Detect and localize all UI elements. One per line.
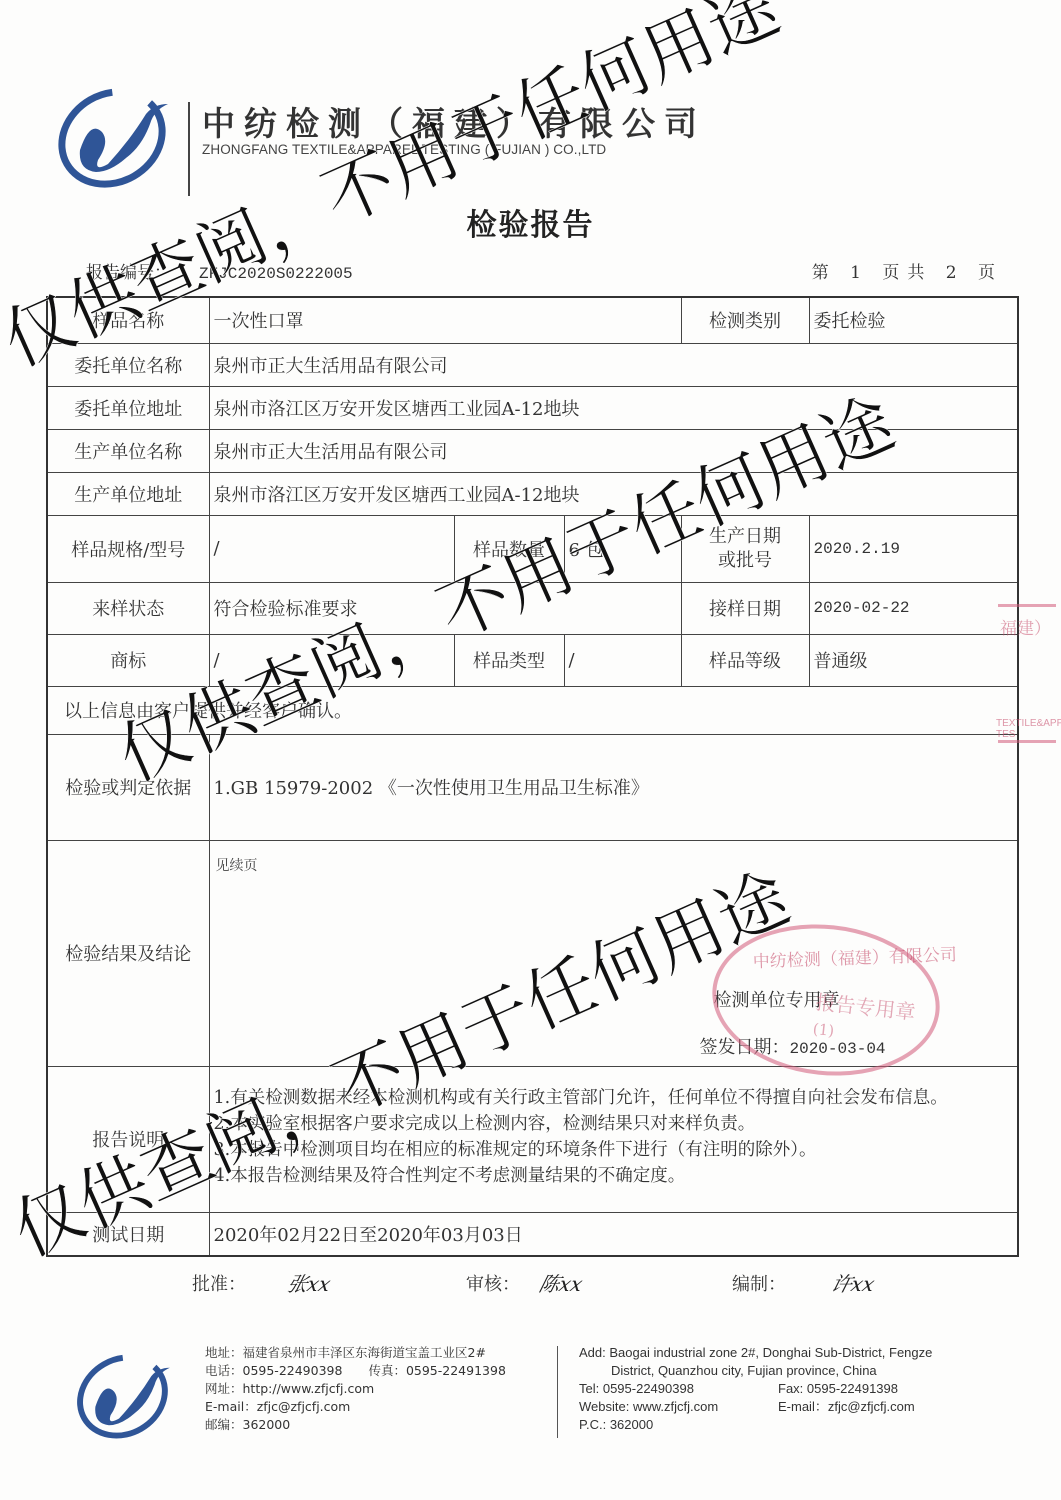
grade-value: 普通级	[809, 634, 1018, 686]
brand-value: /	[209, 634, 454, 686]
test-type-value: 委托检验	[809, 297, 1018, 343]
document-title: 检验报告	[0, 200, 1061, 244]
row-brand: 商标 / 样品类型 / 样品等级 普通级	[47, 634, 1018, 686]
issue-date: 签发日期：2020-03-04	[700, 1033, 886, 1059]
footer-fax-en: Fax: 0595-22491398	[778, 1380, 898, 1398]
brand-label: 商标	[47, 634, 209, 686]
basis-value: 1.GB 15979-2002 《一次性使用卫生用品卫生标准》	[209, 734, 1018, 840]
test-period-label: 测试日期	[47, 1212, 209, 1256]
review-label: 审核：	[466, 1270, 520, 1296]
arrival-state-value: 符合检验标准要求	[209, 582, 681, 634]
production-date-label: 生产日期 或批号	[681, 515, 809, 582]
results-cell: 见续页 检测单位专用章 签发日期：2020-03-04	[209, 840, 1018, 1066]
producer-address-value: 泉州市洛江区万安开发区塘西工业园A-12地块	[209, 472, 1018, 515]
footer-address-en-2: District, Quanzhou city, Fujian province…	[579, 1362, 932, 1380]
company-logo-icon	[50, 80, 180, 190]
row-arrival-state: 来样状态 符合检验标准要求 接样日期 2020-02-22	[47, 582, 1018, 634]
row-producer-name: 生产单位名称 泉州市正大生活用品有限公司	[47, 429, 1018, 472]
letterhead: 中纺检测（福建）有限公司 ZHONGFANG TEXTILE&APPAREL T…	[50, 80, 750, 190]
client-address-value: 泉州市洛江区万安开发区塘西工业园A-12地块	[209, 386, 1018, 429]
client-name-label: 委托单位名称	[47, 343, 209, 386]
results-label: 检验结果及结论	[47, 840, 209, 1066]
approve-signature: 张xx	[284, 1268, 334, 1297]
production-date-label-line1: 生产日期	[684, 525, 807, 549]
compile-signature: 许xx	[828, 1268, 878, 1297]
footer-address-cn: 地址：福建省泉州市丰泽区东海街道宝盖工业区2#	[205, 1344, 506, 1362]
note-item: 1.有关检测数据未经本检测机构或有关行政主管部门允许，任何单位不得擅自向社会发布…	[214, 1085, 1014, 1111]
footer-postcode-cn: 邮编：362000	[205, 1416, 506, 1434]
row-client-address: 委托单位地址 泉州市洛江区万安开发区塘西工业园A-12地块	[47, 386, 1018, 429]
company-name-cn: 中纺检测（福建）有限公司	[202, 98, 706, 145]
report-number: 报告编号：ZFJC2020S0222005	[86, 258, 353, 283]
row-notes: 报告说明 1.有关检测数据未经本检测机构或有关行政主管部门允许，任何单位不得擅自…	[47, 1066, 1018, 1212]
note-item: 2.本实验室根据客户要求完成以上检测内容，检测结果只对来样负责。	[214, 1111, 1014, 1137]
issue-date-label: 签发日期：	[700, 1037, 790, 1058]
test-type-label: 检测类别	[681, 297, 809, 343]
client-name-value: 泉州市正大生活用品有限公司	[209, 343, 1018, 386]
notes-list: 1.有关检测数据未经本检测机构或有关行政主管部门允许，任何单位不得擅自向社会发布…	[214, 1081, 1014, 1197]
arrival-state-label: 来样状态	[47, 582, 209, 634]
seal-label: 检测单位专用章	[714, 986, 840, 1012]
footer: 地址：福建省泉州市丰泽区东海街道宝盖工业区2# 电话：0595-22490398…	[0, 1336, 1061, 1446]
compile-label: 编制：	[732, 1270, 786, 1296]
footer-contact-en: Add: Baogai industrial zone 2#, Donghai …	[579, 1344, 932, 1434]
approve-label: 批准：	[192, 1270, 246, 1296]
test-period-value: 2020年02月22日至2020年03月03日	[209, 1212, 1018, 1256]
footer-fax-cn: 传真：0595-22491398	[368, 1363, 505, 1378]
footer-email-en: E-mail：zfjc@zfjcfj.com	[778, 1398, 915, 1416]
review-signature: 陈xx	[536, 1268, 586, 1297]
row-client-note: 以上信息由客户提供并经客户确认。	[47, 686, 1018, 734]
issue-date-value: 2020-03-04	[790, 1040, 886, 1058]
receive-date-value: 2020-02-22	[809, 582, 1018, 634]
receive-date-label: 接样日期	[681, 582, 809, 634]
row-client-name: 委托单位名称 泉州市正大生活用品有限公司	[47, 343, 1018, 386]
footer-website-en: Website: www.zfjcfj.com	[579, 1399, 718, 1414]
footer-web-email-en: Website: www.zfjcfj.comE-mail：zfjc@zfjcf…	[579, 1398, 932, 1416]
producer-address-label: 生产单位地址	[47, 472, 209, 515]
client-address-label: 委托单位地址	[47, 386, 209, 429]
notes-label: 报告说明	[47, 1066, 209, 1212]
sample-name-label: 样品名称	[47, 297, 209, 343]
notes-cell: 1.有关检测数据未经本检测机构或有关行政主管部门允许，任何单位不得擅自向社会发布…	[209, 1066, 1018, 1212]
note-item: 3.本报告中检测项目均在相应的标准规定的环境条件下进行（有注明的除外）。	[214, 1137, 1014, 1163]
spec-value: /	[209, 515, 454, 582]
producer-name-label: 生产单位名称	[47, 429, 209, 472]
footer-email-cn: E-mail：zfjc@zfjcfj.com	[205, 1398, 506, 1416]
report-number-value: ZFJC2020S0222005	[199, 265, 353, 283]
basis-label: 检验或判定依据	[47, 734, 209, 840]
footer-phone-fax-cn: 电话：0595-22490398传真：0595-22491398	[205, 1362, 506, 1380]
footer-contact-cn: 地址：福建省泉州市丰泽区东海街道宝盖工业区2# 电话：0595-22490398…	[205, 1344, 506, 1434]
quantity-value: 6 包	[564, 515, 681, 582]
footer-tel-en: Tel: 0595-22490398	[579, 1381, 694, 1396]
production-date-label-line2: 或批号	[684, 549, 807, 573]
sample-type-label: 样品类型	[454, 634, 564, 686]
company-name-en: ZHONGFANG TEXTILE&APPAREL TESTING ( FUJI…	[202, 142, 606, 157]
quantity-label: 样品数量	[454, 515, 564, 582]
page-info: 第 1 页共 2 页	[812, 258, 1003, 283]
signature-row: 批准： 张xx 审核： 陈xx 编制： 许xx	[0, 1268, 1061, 1308]
footer-divider	[557, 1346, 558, 1438]
grade-label: 样品等级	[681, 634, 809, 686]
footer-logo-icon	[70, 1344, 180, 1444]
note-item: 4.本报告检测结果及符合性判定不考虑测量结果的不确定度。	[214, 1163, 1014, 1189]
footer-postcode-en: P.C.: 362000	[579, 1416, 932, 1434]
producer-name-value: 泉州市正大生活用品有限公司	[209, 429, 1018, 472]
results-value: 见续页	[216, 855, 258, 875]
header-divider	[188, 102, 190, 196]
row-test-period: 测试日期 2020年02月22日至2020年03月03日	[47, 1212, 1018, 1256]
row-sample-name: 样品名称 一次性口罩 检测类别 委托检验	[47, 297, 1018, 343]
row-spec: 样品规格/型号 / 样品数量 6 包 生产日期 或批号 2020.2.19	[47, 515, 1018, 582]
sample-name-value: 一次性口罩	[209, 297, 681, 343]
client-note: 以上信息由客户提供并经客户确认。	[47, 686, 1018, 734]
row-producer-address: 生产单位地址 泉州市洛江区万安开发区塘西工业园A-12地块	[47, 472, 1018, 515]
row-results: 检验结果及结论 见续页 检测单位专用章 签发日期：2020-03-04	[47, 840, 1018, 1066]
production-date-value: 2020.2.19	[809, 515, 1018, 582]
spec-label: 样品规格/型号	[47, 515, 209, 582]
footer-website-cn: 网址：http://www.zfjcfj.com	[205, 1380, 506, 1398]
report-table: 样品名称 一次性口罩 检测类别 委托检验 委托单位名称 泉州市正大生活用品有限公…	[46, 296, 1019, 1257]
row-basis: 检验或判定依据 1.GB 15979-2002 《一次性使用卫生用品卫生标准》	[47, 734, 1018, 840]
sample-type-value: /	[564, 634, 681, 686]
footer-phone-cn: 电话：0595-22490398	[205, 1363, 342, 1378]
report-number-label: 报告编号：	[86, 263, 171, 283]
footer-address-en-1: Add: Baogai industrial zone 2#, Donghai …	[579, 1344, 932, 1362]
footer-tel-fax-en: Tel: 0595-22490398Fax: 0595-22491398	[579, 1380, 932, 1398]
